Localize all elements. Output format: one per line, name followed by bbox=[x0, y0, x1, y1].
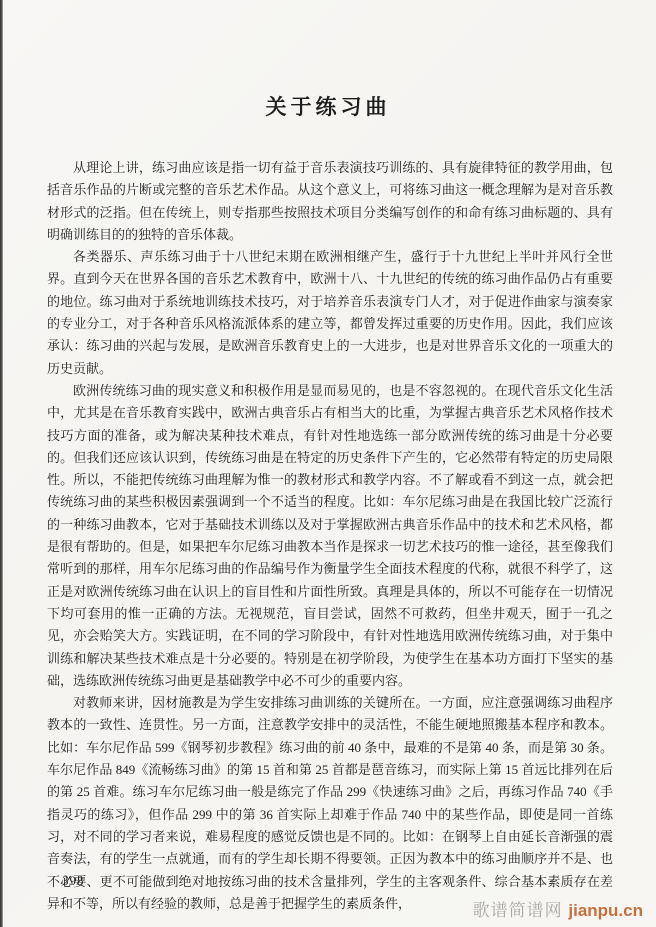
scanned-book-page: 关于练习曲 从理论上讲，练习曲应该是指一切有益于音乐表演技巧训练的、具有旋律特征… bbox=[0, 0, 656, 927]
scan-edge-shadow bbox=[0, 0, 3, 927]
watermark-site-name: 歌谱简谱网 bbox=[473, 901, 569, 920]
document-body: 从理论上讲，练习曲应该是指一切有益于音乐表演技巧训练的、具有旋律特征的教学用曲，… bbox=[47, 157, 613, 915]
watermark: 歌谱简谱网 jianpu.cn bbox=[473, 896, 643, 921]
page-number: 398 bbox=[62, 873, 85, 889]
watermark-site-url: jianpu.cn bbox=[568, 901, 643, 920]
paragraph-history: 各类器乐、声乐练习曲于十八世纪末期在欧洲相继产生，盛行于十九世纪上半叶并风行全世… bbox=[47, 246, 613, 380]
page-title: 关于练习曲 bbox=[0, 91, 656, 121]
paragraph-teaching-advice: 对教师来讲，因材施教是为学生安排练习曲训练的关键所在。一方面，应注意强调练习曲程… bbox=[47, 692, 613, 915]
paragraph-intro-definition: 从理论上讲，练习曲应该是指一切有益于音乐表演技巧训练的、具有旋律特征的教学用曲，… bbox=[47, 157, 613, 246]
paragraph-significance-limitations: 欧洲传统练习曲的现实意义和积极作用是显而易见的，也是不容忽视的。在现代音乐文化生… bbox=[47, 380, 613, 692]
